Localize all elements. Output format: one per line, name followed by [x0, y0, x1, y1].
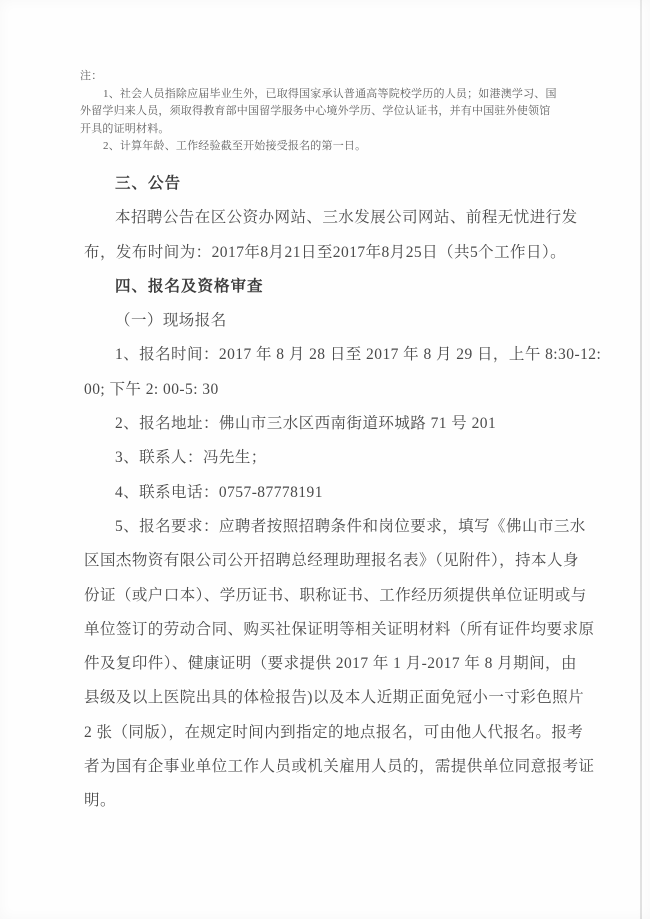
reg-item5-line5: 件及复印件）、健康证明（要求提供 2017 年 1 月-2017 年 8 月期间…	[84, 647, 604, 681]
document-page: 注： 1、社会人员指除应届毕业生外，已取得国家承认普通高等院校学历的人员；如港澳…	[0, 0, 650, 919]
section4-heading: 四、报名及资格审查	[84, 270, 604, 304]
section3-para-line1: 本招聘公告在区公资办网站、三水发展公司网站、前程无忧进行发	[84, 201, 604, 235]
reg-item3: 3、联系人：冯先生；	[84, 441, 604, 475]
note-label: 注：	[80, 68, 600, 86]
reg-item5-line8: 者为国有企事业单位工作人员或机关雇用人员的，需提供单位同意报考证	[84, 750, 604, 784]
reg-item5-line3: 份证（或户口本）、学历证书、职称证书、工作经历须提供单位证明或与	[84, 579, 604, 613]
document-body: 三、公告 本招聘公告在区公资办网站、三水发展公司网站、前程无忧进行发 布，发布时…	[84, 167, 604, 819]
reg-item5-line2: 区国杰物资有限公司公开招聘总经理助理报名表》（见附件），持本人身	[84, 544, 604, 578]
reg-item5-line9: 明。	[84, 784, 604, 818]
reg-item2: 2、报名地址：佛山市三水区西南街道环城路 71 号 201	[84, 407, 604, 441]
section3-heading: 三、公告	[84, 167, 604, 201]
section3-para-line2: 布，发布时间为：2017年8月21日至2017年8月25日（共5个工作日）。	[84, 236, 604, 270]
reg-item5-line7: 2 张（同版），在规定时间内到指定的地点报名，可由他人代报名。报考	[84, 716, 604, 750]
note-item1-line1: 1、社会人员指除应届毕业生外，已取得国家承认普通高等院校学历的人员；如港澳学习、…	[80, 86, 600, 104]
note-item2: 2、计算年龄、工作经验截至开始接受报名的第一日。	[80, 138, 600, 156]
note-item1-line3: 开具的证明材料。	[80, 121, 600, 139]
reg-item5-line4: 单位签订的劳动合同、购买社保证明等相关证明材料（所有证件均要求原	[84, 613, 604, 647]
reg-item4: 4、联系电话：0757-87778191	[84, 476, 604, 510]
reg-item5-line1: 5、报名要求：应聘者按照招聘条件和岗位要求，填写《佛山市三水	[84, 510, 604, 544]
note-item1-line2: 外留学归来人员，须取得教育部中国留学服务中心境外学历、学位认证书，并有中国驻外使…	[80, 103, 600, 121]
reg-item1-line2: 00; 下午 2: 00-5: 30	[84, 373, 604, 407]
reg-item1-line1: 1、报名时间：2017 年 8 月 28 日至 2017 年 8 月 29 日，…	[84, 338, 604, 372]
reg-item5-line6: 县级及以上医院出具的体检报告)以及本人近期正面免冠小一寸彩色照片	[84, 681, 604, 715]
scan-edge-artifact	[640, 0, 642, 919]
section4-subheading: （一）现场报名	[84, 304, 604, 338]
footnotes-block: 注： 1、社会人员指除应届毕业生外，已取得国家承认普通高等院校学历的人员；如港澳…	[80, 68, 600, 156]
